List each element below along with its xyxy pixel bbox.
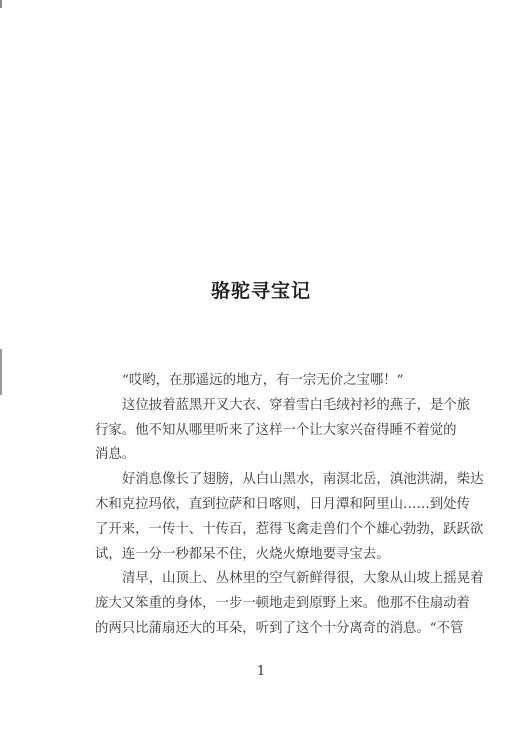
scan-edge-mark-middle [0,349,2,395]
text-line: 好消息像长了翅膀，从白山黑水，南溟北岳，滇池洪湖，柴达 [95,468,440,493]
text-line: 木和克拉玛依，直到拉萨和日喀则，日月潭和阿里山……到处传 [95,493,440,518]
text-line: 试，连一分一秒都呆不住，火烧火燎地要寻宝去。 [95,543,440,568]
text-line: 行家。他不知从哪里听来了这样一个让大家兴奋得睡不着觉的 [95,419,440,444]
body-text: “哎哟，在那遥远的地方，有一宗无价之宝哪！” 这位披着蓝黑开叉大衣、穿着雪白毛绒… [95,369,440,642]
page-number: 1 [0,664,522,679]
text-line: 这位披着蓝黑开叉大衣、穿着雪白毛绒衬衫的燕子，是个旅 [95,394,440,419]
chapter-title: 骆驼寻宝记 [0,276,522,303]
scan-edge-mark-top [0,0,2,8]
text-line: 消息。 [95,443,440,468]
text-line: 清早，山顶上、丛林里的空气新鲜得很，大象从山坡上摇晃着 [95,567,440,592]
text-line: 庞大又笨重的身体，一步一顿地走到原野上来。他那不住扇动着 [95,592,440,617]
text-line: 了开来，一传十、十传百，惹得飞禽走兽们个个雄心勃勃，跃跃欲 [95,518,440,543]
text-line: 的两只比蒲扇还大的耳朵，听到了这个十分离奇的消息。“不管 [95,617,440,642]
text-line: “哎哟，在那遥远的地方，有一宗无价之宝哪！” [95,369,440,394]
